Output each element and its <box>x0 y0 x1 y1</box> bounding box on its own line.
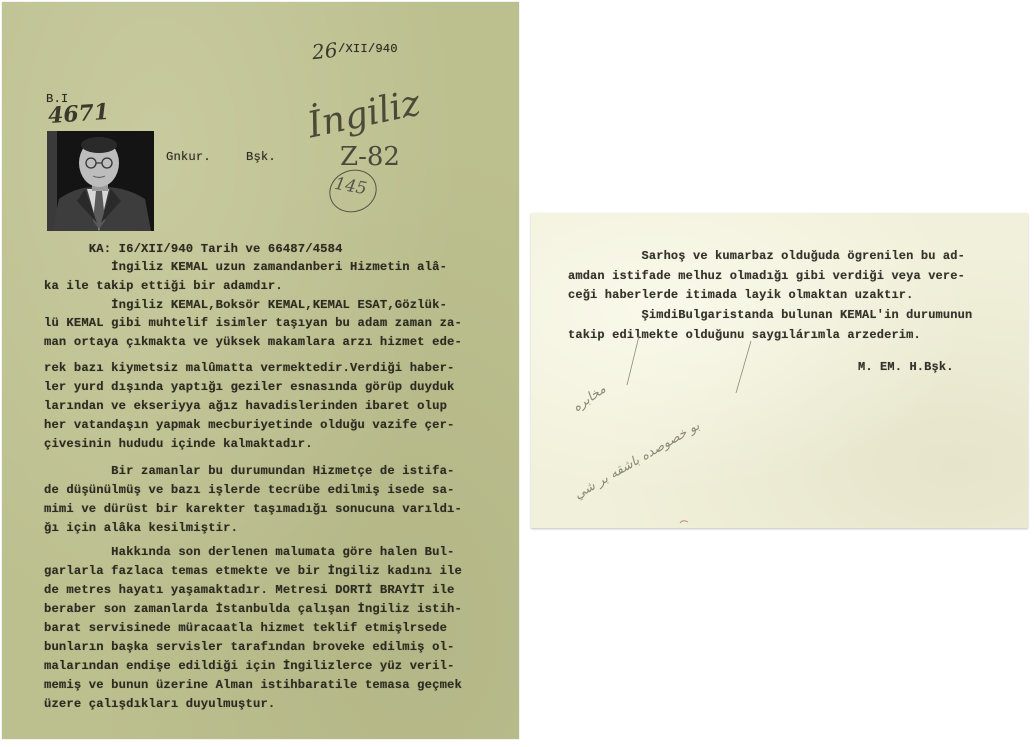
body-line: İngiliz KEMAL uzun zamandanberi Hizmetin… <box>44 258 447 277</box>
left-document-page: 26 /XII/940 B.I 4671 Gnkur. Bşk. İngiliz… <box>2 2 519 739</box>
addressee-title: Bşk. <box>246 148 276 167</box>
body-line: lü KEMAL gibi muhtelif isimler taşıyan b… <box>44 314 462 333</box>
body-line: de metres hayatı yaşamaktadır. Metresi D… <box>44 581 455 600</box>
body-line: Bir zamanlar bu durumundan Hizmetçe de i… <box>44 462 455 481</box>
right-document-page: Sarhoş ve kumarbaz olduğuda ögrenilen bu… <box>531 213 1028 528</box>
body-line: KA: I6/XII/940 Tarih ve 66487/4584 <box>44 240 343 259</box>
body-line: beraber son zamanlarda İstanbulda çalışa… <box>44 600 462 619</box>
body-line: İngiliz KEMAL,Boksör KEMAL,KEMAL ESAT,Gö… <box>44 296 447 315</box>
body-line: barat servisinede müracaatla hizmet tekl… <box>44 619 447 638</box>
margin-code-handwritten: Z-82 <box>340 142 400 172</box>
body-line: üzere çalışdıkları duyulmuştur. <box>44 695 275 714</box>
body-line: ka ile takip ettiği bir adamdır. <box>44 277 283 296</box>
body-line: rek bazı kiymetsiz malûmatta vermektedir… <box>44 359 455 378</box>
person-photo-icon <box>47 131 154 231</box>
body-line: bunların başka servisler tarafından brov… <box>44 638 455 657</box>
body-line: ler yurd dışında yaptığı geziler esnasın… <box>44 378 455 397</box>
body-line: garlarla fazlaca temas etmekte ve bir İn… <box>44 562 462 581</box>
body-line: Hakkında son derlenen malumata göre hale… <box>44 543 455 562</box>
body-line: malarından endişe edildiği için İngilizl… <box>44 657 455 676</box>
body-line: memiş ve bunun üzerine Alman istihbarati… <box>44 676 462 695</box>
body-line: man ortaya çıkmakta ve yüksek makamlara … <box>44 333 462 352</box>
body-line: larından ve ekseriyya ağız havadislerind… <box>44 397 447 416</box>
reference-number-handwritten: 4671 <box>47 99 110 129</box>
body-line: de düşünülmüş ve bazı işlerde tecrübe ed… <box>44 481 455 500</box>
date-handwritten-day: 26 <box>311 38 339 65</box>
portrait-photo <box>47 131 154 231</box>
date-typed: /XII/940 <box>338 40 398 59</box>
body-line: her vatandaşın yapmak mecburiyetinde old… <box>44 416 455 435</box>
body-line: mimi ve dürüst bir karekter taşımadığı s… <box>44 500 462 519</box>
body-line: ğı için alâka kesilmiştir. <box>44 519 238 538</box>
margin-note-handwritten: İngiliz <box>304 83 424 147</box>
addressee: Gnkur. <box>166 148 211 167</box>
stamp-number: 145 <box>333 174 368 199</box>
body-line: çivesinin hududu içinde kalmaktadır. <box>44 435 313 454</box>
